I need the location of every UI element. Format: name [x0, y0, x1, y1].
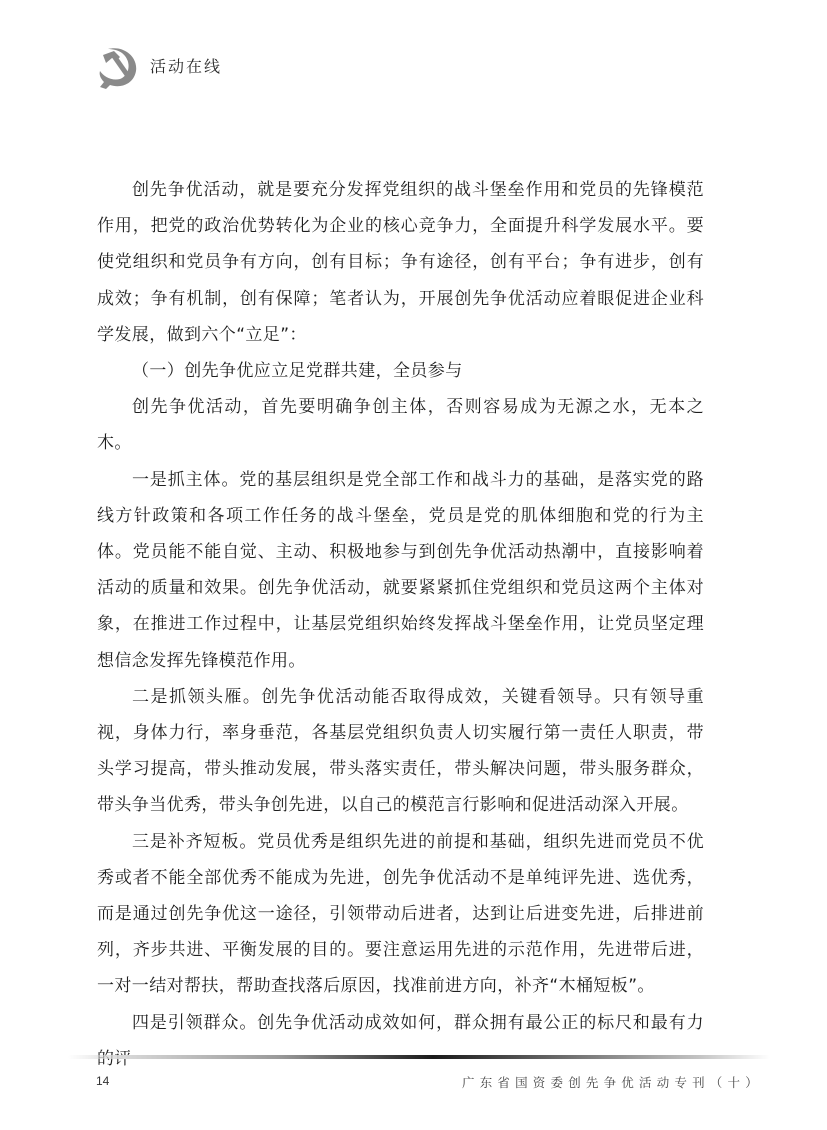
paragraph: 创先争优活动，首先要明确争创主体，否则容易成为无源之水，无本之木。 — [97, 389, 704, 461]
page-number: 14 — [96, 1074, 109, 1088]
section-title: 活动在线 — [150, 54, 222, 77]
footer-divider — [68, 1055, 770, 1059]
paragraph: 三是补齐短板。党员优秀是组织先进的前提和基础，组织先进而党员不优秀或者不能全部优… — [97, 824, 704, 1005]
paragraph: 一是抓主体。党的基层组织是党全部工作和战斗力的基础，是落实党的路线方针政策和各项… — [97, 462, 704, 679]
paragraph: 二是抓领头雁。创先争优活动能否取得成效，关键看领导。只有领导重视，身体力行，率身… — [97, 679, 704, 824]
hammer-sickle-icon — [94, 43, 142, 91]
page-header: 活动在线 — [94, 42, 222, 92]
subheading-1: （一）创先争优应立足党群共建，全员参与 — [97, 353, 704, 389]
article-body: 创先争优活动，就是要充分发挥党组织的战斗堡垒作用和党员的先锋模范作用，把党的政治… — [97, 172, 704, 1077]
paragraph: 四是引领群众。创先争优活动成效如何，群众拥有最公正的标尺和最有力的评 — [97, 1005, 704, 1077]
paragraph-intro: 创先争优活动，就是要充分发挥党组织的战斗堡垒作用和党员的先锋模范作用，把党的政治… — [97, 172, 704, 353]
publication-title: 广东省国资委创先争优活动专刊（十） — [462, 1073, 763, 1091]
